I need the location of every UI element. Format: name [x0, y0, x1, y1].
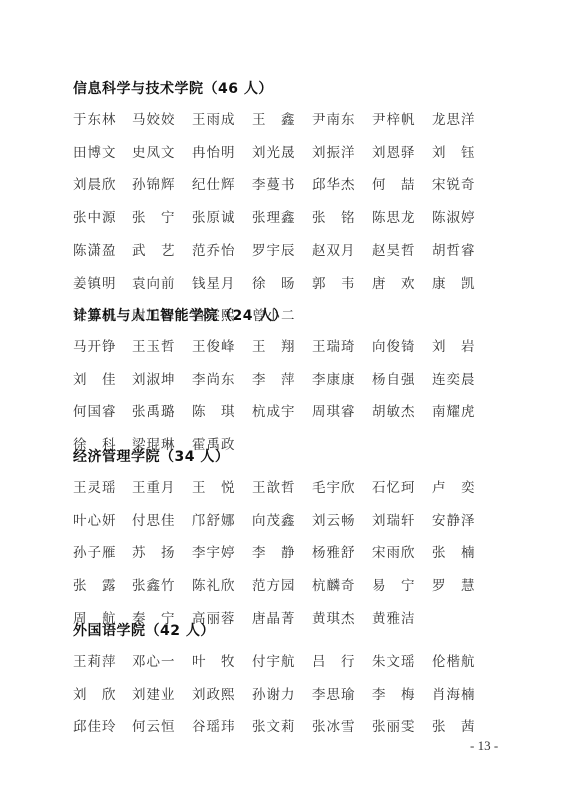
list-item-name: 刘 钰: [432, 141, 482, 161]
list-item-name: 叶心妍: [73, 509, 123, 529]
list-item-name: 杭麟奇: [312, 574, 362, 594]
list-item-name: 安静泽: [432, 509, 482, 529]
list-item-name: 叶 牧: [192, 650, 242, 670]
list-item-name: 王 悦: [192, 476, 242, 496]
list-item-name: 黄雅洁: [372, 607, 422, 627]
list-item-name: 伦楷航: [432, 650, 482, 670]
list-item-name: 杭成宇: [252, 400, 302, 420]
list-item-name: 孙锦辉: [132, 173, 182, 193]
list-item-name: 陈淑婷: [432, 206, 482, 226]
list-item-name: 李 静: [252, 541, 302, 561]
list-item-name: 胡哲睿: [432, 239, 482, 259]
list-item-name: 王瑞琦: [312, 335, 362, 355]
list-item-name: 钱星月: [192, 272, 242, 292]
list-item-name: 宋雨欣: [372, 541, 422, 561]
list-item-name: 郭 韦: [312, 272, 362, 292]
list-item-name: 孙子雁: [73, 541, 123, 561]
list-item-name: 史凤文: [132, 141, 182, 161]
list-item-name: 姜镇明: [73, 272, 123, 292]
list-item-name: 张 楠: [432, 541, 482, 561]
list-item-name: 刘振洋: [312, 141, 362, 161]
list-item-name: 陈潇盈: [73, 239, 123, 259]
list-item-name: 陈礼欣: [192, 574, 242, 594]
list-item-name: 张冰雪: [312, 715, 362, 735]
list-item-name: 王雨成: [192, 108, 242, 128]
list-item-name: 王重月: [132, 476, 182, 496]
list-item-name: 王歆哲: [252, 476, 302, 496]
list-item-name: 向茂鑫: [252, 509, 302, 529]
list-item-name: 张禹璐: [132, 400, 182, 420]
list-item-name: 石忆珂: [372, 476, 422, 496]
list-item-name: 唐晶菁: [252, 607, 302, 627]
list-item-name: 王 鑫: [252, 108, 302, 128]
list-item-name: 张 铭: [312, 206, 362, 226]
list-item-name: 袁向前: [132, 272, 182, 292]
list-item-name: 赵双月: [312, 239, 362, 259]
list-item-name: 刘建业: [132, 683, 182, 703]
list-item-name: 龙思洋: [432, 108, 482, 128]
list-item-name: 张 宁: [132, 206, 182, 226]
list-item-name: 张原诚: [192, 206, 242, 226]
list-item-name: 张文莉: [252, 715, 302, 735]
list-item-name: 赵昊哲: [372, 239, 422, 259]
list-item-name: 毛宇欣: [312, 476, 362, 496]
list-item-name: 李宇婷: [192, 541, 242, 561]
list-item-name: 李 梅: [372, 683, 422, 703]
list-item-name: 邱华杰: [312, 173, 362, 193]
list-item-name: 周琪睿: [312, 400, 362, 420]
list-item-name: 王灵瑶: [73, 476, 123, 496]
list-item-name: 肖海楠: [432, 683, 482, 703]
list-item-name: 卢 奕: [432, 476, 482, 496]
list-item-name: 苏 扬: [132, 541, 182, 561]
list-item-name: 何 喆: [372, 173, 422, 193]
list-item-name: 黄琪杰: [312, 607, 362, 627]
list-item-name: 邱佳玲: [73, 715, 123, 735]
list-item-name: 罗 慧: [432, 574, 482, 594]
list-item-name: 连奕晨: [432, 368, 482, 388]
list-item-name: 王莉萍: [73, 650, 123, 670]
section-title-econ-mgmt: 经济管理学院（34 人）: [73, 446, 229, 466]
list-item-name: 王 翔: [252, 335, 302, 355]
list-item-name: 李 萍: [252, 368, 302, 388]
section-title-foreign-lang: 外国语学院（42 人）: [73, 620, 215, 640]
list-item-name: 范乔怡: [192, 239, 242, 259]
list-item-name: 李尚东: [192, 368, 242, 388]
list-item-name: 陈思龙: [372, 206, 422, 226]
list-item-name: 何国睿: [73, 400, 123, 420]
list-item-name: 胡敏杰: [372, 400, 422, 420]
list-item-name: 张鑫竹: [132, 574, 182, 594]
list-item-name: 马开铮: [73, 335, 123, 355]
list-item-name: 罗宇辰: [252, 239, 302, 259]
list-item-name: 李康康: [312, 368, 362, 388]
list-item-name: 刘政熙: [192, 683, 242, 703]
list-item-name: 张 露: [73, 574, 123, 594]
section-title-info-sci-tech: 信息科学与技术学院（46 人）: [73, 78, 273, 98]
list-item-name: 刘恩驿: [372, 141, 422, 161]
list-item-name: 王玉哲: [132, 335, 182, 355]
list-item-name: 田博文: [73, 141, 123, 161]
list-item-name: 康 凯: [432, 272, 482, 292]
list-item-name: 刘 欣: [73, 683, 123, 703]
list-item-name: 刘淑坤: [132, 368, 182, 388]
list-item-name: 易 宁: [372, 574, 422, 594]
list-item-name: 付宇航: [252, 650, 302, 670]
list-item-name: 刘光晟: [252, 141, 302, 161]
list-item-name: 范方园: [252, 574, 302, 594]
list-item-name: 刘 佳: [73, 368, 123, 388]
list-item-name: 陈 琪: [192, 400, 242, 420]
list-item-name: 李思瑜: [312, 683, 362, 703]
list-item-name: 孙谢力: [252, 683, 302, 703]
list-item-name: 南耀虎: [432, 400, 482, 420]
list-item-name: 纪仕辉: [192, 173, 242, 193]
list-item-name: 于东林: [73, 108, 123, 128]
list-item-name: 张丽雯: [372, 715, 422, 735]
list-item-name: 杨自强: [372, 368, 422, 388]
list-item-name: 朱文瑶: [372, 650, 422, 670]
list-item-name: 徐 旸: [252, 272, 302, 292]
list-item-name: 宋锐奇: [432, 173, 482, 193]
list-item-name: 刘云畅: [312, 509, 362, 529]
list-item-name: 向俊锜: [372, 335, 422, 355]
list-item-name: 尹南东: [312, 108, 362, 128]
list-item-name: 武 艺: [132, 239, 182, 259]
list-item-name: 尹梓帆: [372, 108, 422, 128]
list-item-name: 王俊峰: [192, 335, 242, 355]
list-item-name: 谷瑶玮: [192, 715, 242, 735]
list-item-name: 张 茜: [432, 715, 482, 735]
list-item-name: 吕 行: [312, 650, 362, 670]
list-item-name: 张中源: [73, 206, 123, 226]
page-number: - 13 -: [470, 738, 498, 754]
list-item-name: 唐 欢: [372, 272, 422, 292]
list-item-name: 邝舒娜: [192, 509, 242, 529]
list-item-name: 李蔓书: [252, 173, 302, 193]
list-item-name: 刘 岩: [432, 335, 482, 355]
list-item-name: 张理鑫: [252, 206, 302, 226]
list-item-name: 冉怡明: [192, 141, 242, 161]
list-item-name: 付思佳: [132, 509, 182, 529]
list-item-name: 何云恒: [132, 715, 182, 735]
list-item-name: 刘晨欣: [73, 173, 123, 193]
list-item-name: 马姣姣: [132, 108, 182, 128]
list-item-name: 杨雅舒: [312, 541, 362, 561]
list-item-name: 邓心一: [132, 650, 182, 670]
section-title-cs-ai: 计算机与人工智能学院（24 人）: [73, 305, 287, 325]
list-item-name: 刘瑞轩: [372, 509, 422, 529]
